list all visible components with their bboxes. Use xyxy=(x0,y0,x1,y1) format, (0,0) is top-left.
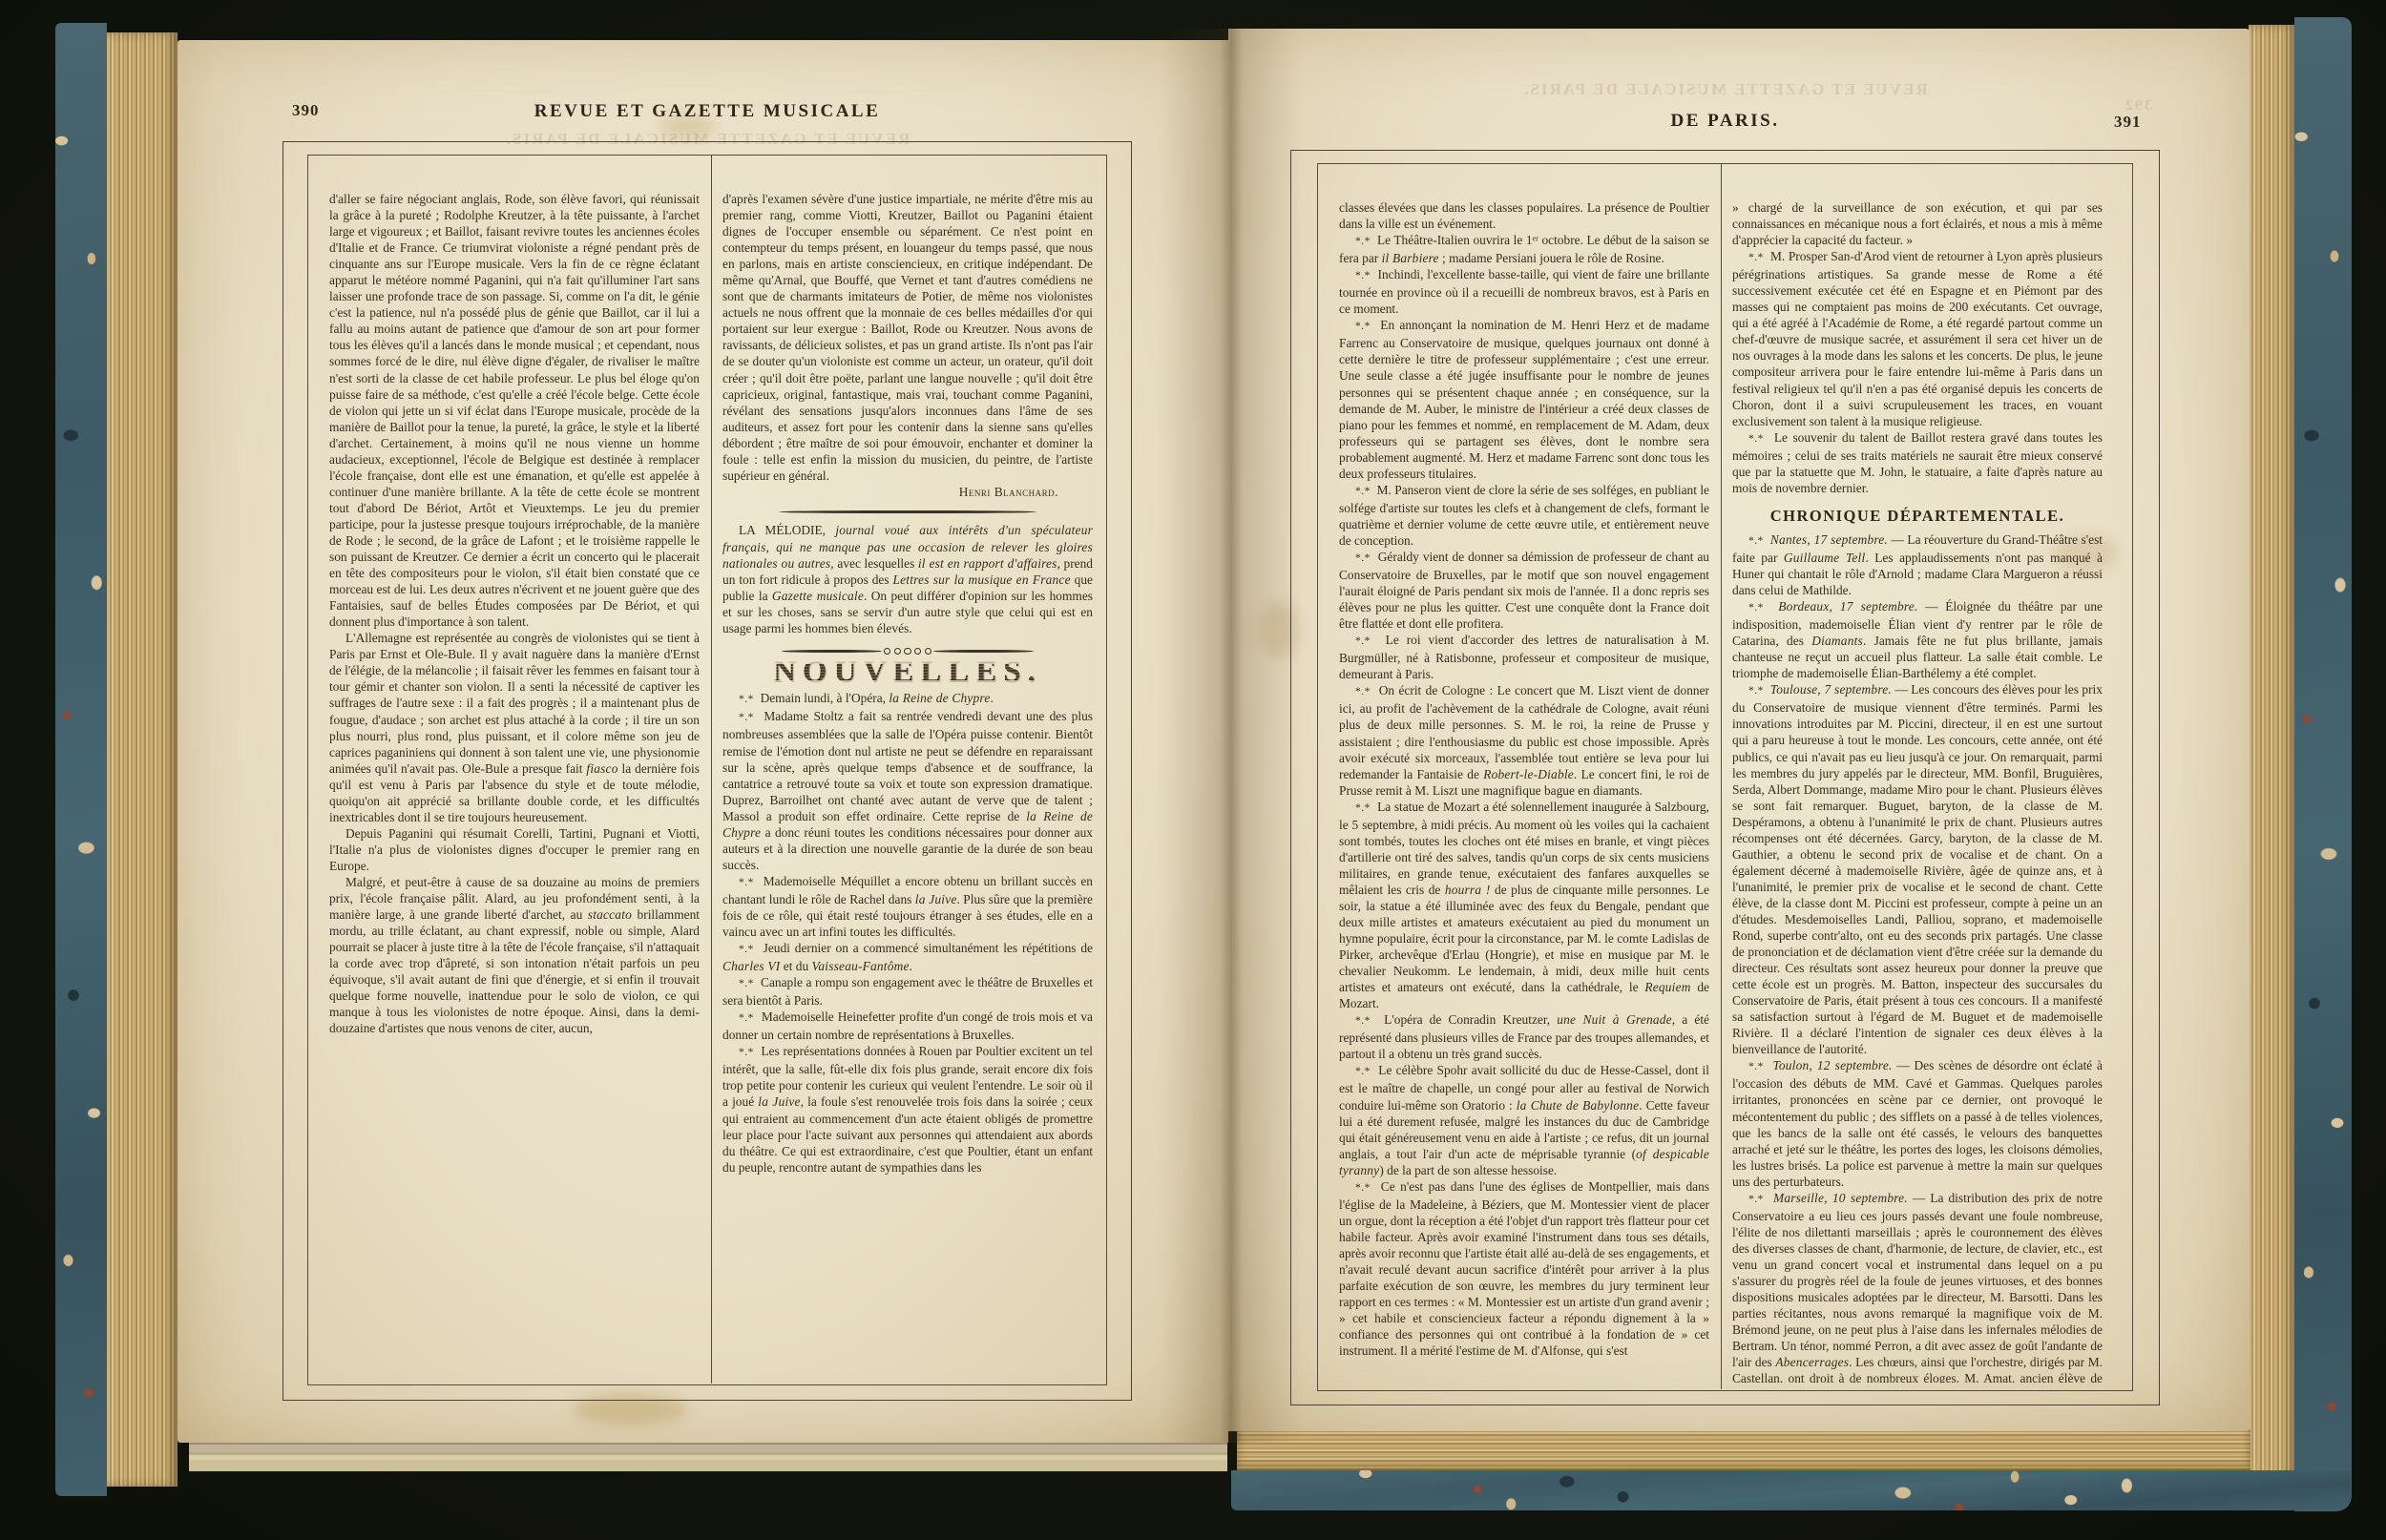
asterism-mark: *.* xyxy=(1355,1182,1371,1194)
body-paragraph: Malgré, et peut-être à cause de sa douza… xyxy=(329,874,700,1036)
asterism-mark: *.* xyxy=(1355,486,1371,497)
column-divider-right xyxy=(1721,164,1722,1389)
running-title-left: REVUE ET GAZETTE MUSICALE xyxy=(283,101,1132,122)
asterism-mark: *.* xyxy=(1355,552,1371,564)
asterism-mark: *.* xyxy=(1355,1066,1371,1077)
news-item-paragraph: *.* Ce n'est pas dans l'une des églises … xyxy=(1339,1178,1709,1360)
news-item-paragraph: *.* L'opéra de Conradin Kreutzer, une Nu… xyxy=(1339,1011,1709,1062)
body-paragraph: L'Allemagne est représentée au congrès d… xyxy=(329,630,700,825)
body-paragraph: d'après l'examen sévère d'une justice im… xyxy=(722,191,1093,484)
section-heading-nouvelles: NOUVELLES. xyxy=(722,664,1093,680)
news-item-paragraph: *.* Géraldy vient de donner sa démission… xyxy=(1339,549,1709,632)
page-number-right: 391 xyxy=(2114,113,2142,132)
news-item-paragraph: *.* Jeudi dernier on a commencé simultan… xyxy=(722,940,1093,974)
running-title-right: DE PARIS. xyxy=(1290,111,2160,132)
body-paragraph: Depuis Paganini qui résumait Corelli, Ta… xyxy=(329,825,700,874)
body-paragraph: LA MÉLODIE, journal voué aux intérêts d'… xyxy=(722,522,1093,635)
right-page-column-1: classes élevées que dans les classes pop… xyxy=(1339,199,1709,1383)
asterism-mark: *.* xyxy=(1355,321,1371,332)
news-item-paragraph: *.* Le célèbre Spohr avait sollicité du … xyxy=(1339,1062,1709,1177)
news-item-paragraph: *.* Les représentations données à Rouen … xyxy=(722,1043,1093,1175)
asterism-mark: *.* xyxy=(1355,1015,1371,1027)
news-item-paragraph: *.* Madame Stoltz a fait sa rentrée vend… xyxy=(722,708,1093,872)
asterism-mark: *.* xyxy=(1748,1061,1764,1072)
news-item-paragraph: *.* M. Prosper San-d'Arod vient de retou… xyxy=(1732,248,2103,429)
news-item-paragraph: *.* Canaple a rompu son engagement avec … xyxy=(722,974,1093,1009)
asterism-mark: *.* xyxy=(1748,602,1764,614)
page-edges-bottom xyxy=(1237,1429,2250,1473)
news-item-paragraph: *.* Bordeaux, 17 septembre. — Éloignée d… xyxy=(1732,598,2103,681)
beaded-rule-divider xyxy=(722,648,1093,656)
underlying-sheets xyxy=(189,1443,1227,1471)
asterism-mark: *.* xyxy=(739,1012,754,1024)
asterism-mark: *.* xyxy=(1748,685,1764,697)
asterism-mark: *.* xyxy=(739,877,754,888)
section-heading-chronique-departementale: CHRONIQUE DÉPARTEMENTALE. xyxy=(1732,508,2103,524)
news-item-paragraph: *.* Demain lundi, à l'Opéra, la Reine de… xyxy=(722,690,1093,708)
left-page-column-1: d'aller se faire négociant anglais, Rode… xyxy=(329,191,700,1380)
body-paragraph: d'aller se faire négociant anglais, Rode… xyxy=(329,191,700,630)
asterism-mark: *.* xyxy=(739,1047,754,1058)
news-item-paragraph: *.* Toulon, 12 septembre. — Des scènes d… xyxy=(1732,1057,2103,1189)
page-edges-left xyxy=(107,32,178,1487)
page-edges-right xyxy=(2249,25,2296,1487)
book-photo: REVUE ET GAZETTE MUSICALE DE PARIS. 390 … xyxy=(0,0,2386,1540)
news-item-paragraph: *.* Toulouse, 7 septembre. — Les concour… xyxy=(1732,681,2103,1057)
asterism-mark: *.* xyxy=(1748,1194,1764,1205)
news-item-paragraph: *.* Marseille, 10 septembre. — La distri… xyxy=(1732,1190,2103,1383)
news-item-paragraph: *.* En annonçant la nomination de M. Hen… xyxy=(1339,317,1709,481)
news-item-paragraph: *.* M. Panseron vient de clore la série … xyxy=(1339,482,1709,549)
news-item-paragraph: *.* La statue de Mozart a été solennelle… xyxy=(1339,799,1709,1012)
news-item-paragraph: *.* Inchindi, l'excellente basse-taille,… xyxy=(1339,266,1709,317)
news-item-paragraph: *.* On écrit de Cologne : Le concert que… xyxy=(1339,682,1709,798)
asterism-mark: *.* xyxy=(1748,433,1764,445)
asterism-mark: *.* xyxy=(1355,236,1371,247)
asterism-mark: *.* xyxy=(739,978,754,989)
swelled-rule-divider xyxy=(779,510,1036,514)
book-cover-left-marbled xyxy=(55,23,107,1496)
asterism-mark: *.* xyxy=(1355,686,1371,697)
asterism-mark: *.* xyxy=(1748,252,1764,263)
body-paragraph: classes élevées que dans les classes pop… xyxy=(1339,199,1709,232)
author-signature: Henri Blanchard. xyxy=(722,484,1093,500)
news-item-paragraph: *.* Le roi vient d'accorder des lettres … xyxy=(1339,632,1709,682)
news-item-paragraph: *.* Nantes, 17 septembre. — La réouvertu… xyxy=(1732,531,2103,598)
news-item-paragraph: *.* Le souvenir du talent de Baillot res… xyxy=(1732,429,2103,496)
left-page-column-2: d'après l'examen sévère d'une justice im… xyxy=(722,191,1093,1380)
column-divider-left xyxy=(711,156,712,1384)
asterism-mark: *.* xyxy=(1355,635,1371,647)
news-item-paragraph: *.* Mademoiselle Méquillet a encore obte… xyxy=(722,873,1093,940)
asterism-mark: *.* xyxy=(1355,802,1371,814)
right-page-column-2: » chargé de la surveillance de son exécu… xyxy=(1732,199,2103,1383)
news-item-paragraph: *.* Le Théâtre-Italien ouvrira le 1ᵉʳ oc… xyxy=(1339,232,1709,266)
book-cover-bottom-marbled xyxy=(1231,1470,2351,1510)
asterism-mark: *.* xyxy=(1748,535,1764,547)
asterism-mark: *.* xyxy=(1355,270,1371,281)
news-item-paragraph: *.* Mademoiselle Heinefetter profite d'u… xyxy=(722,1009,1093,1043)
asterism-mark: *.* xyxy=(739,944,754,955)
book-cover-right-marbled xyxy=(2294,17,2352,1511)
body-paragraph: » chargé de la surveillance de son exécu… xyxy=(1732,199,2103,248)
asterism-mark: *.* xyxy=(739,694,754,705)
asterism-mark: *.* xyxy=(739,712,754,723)
